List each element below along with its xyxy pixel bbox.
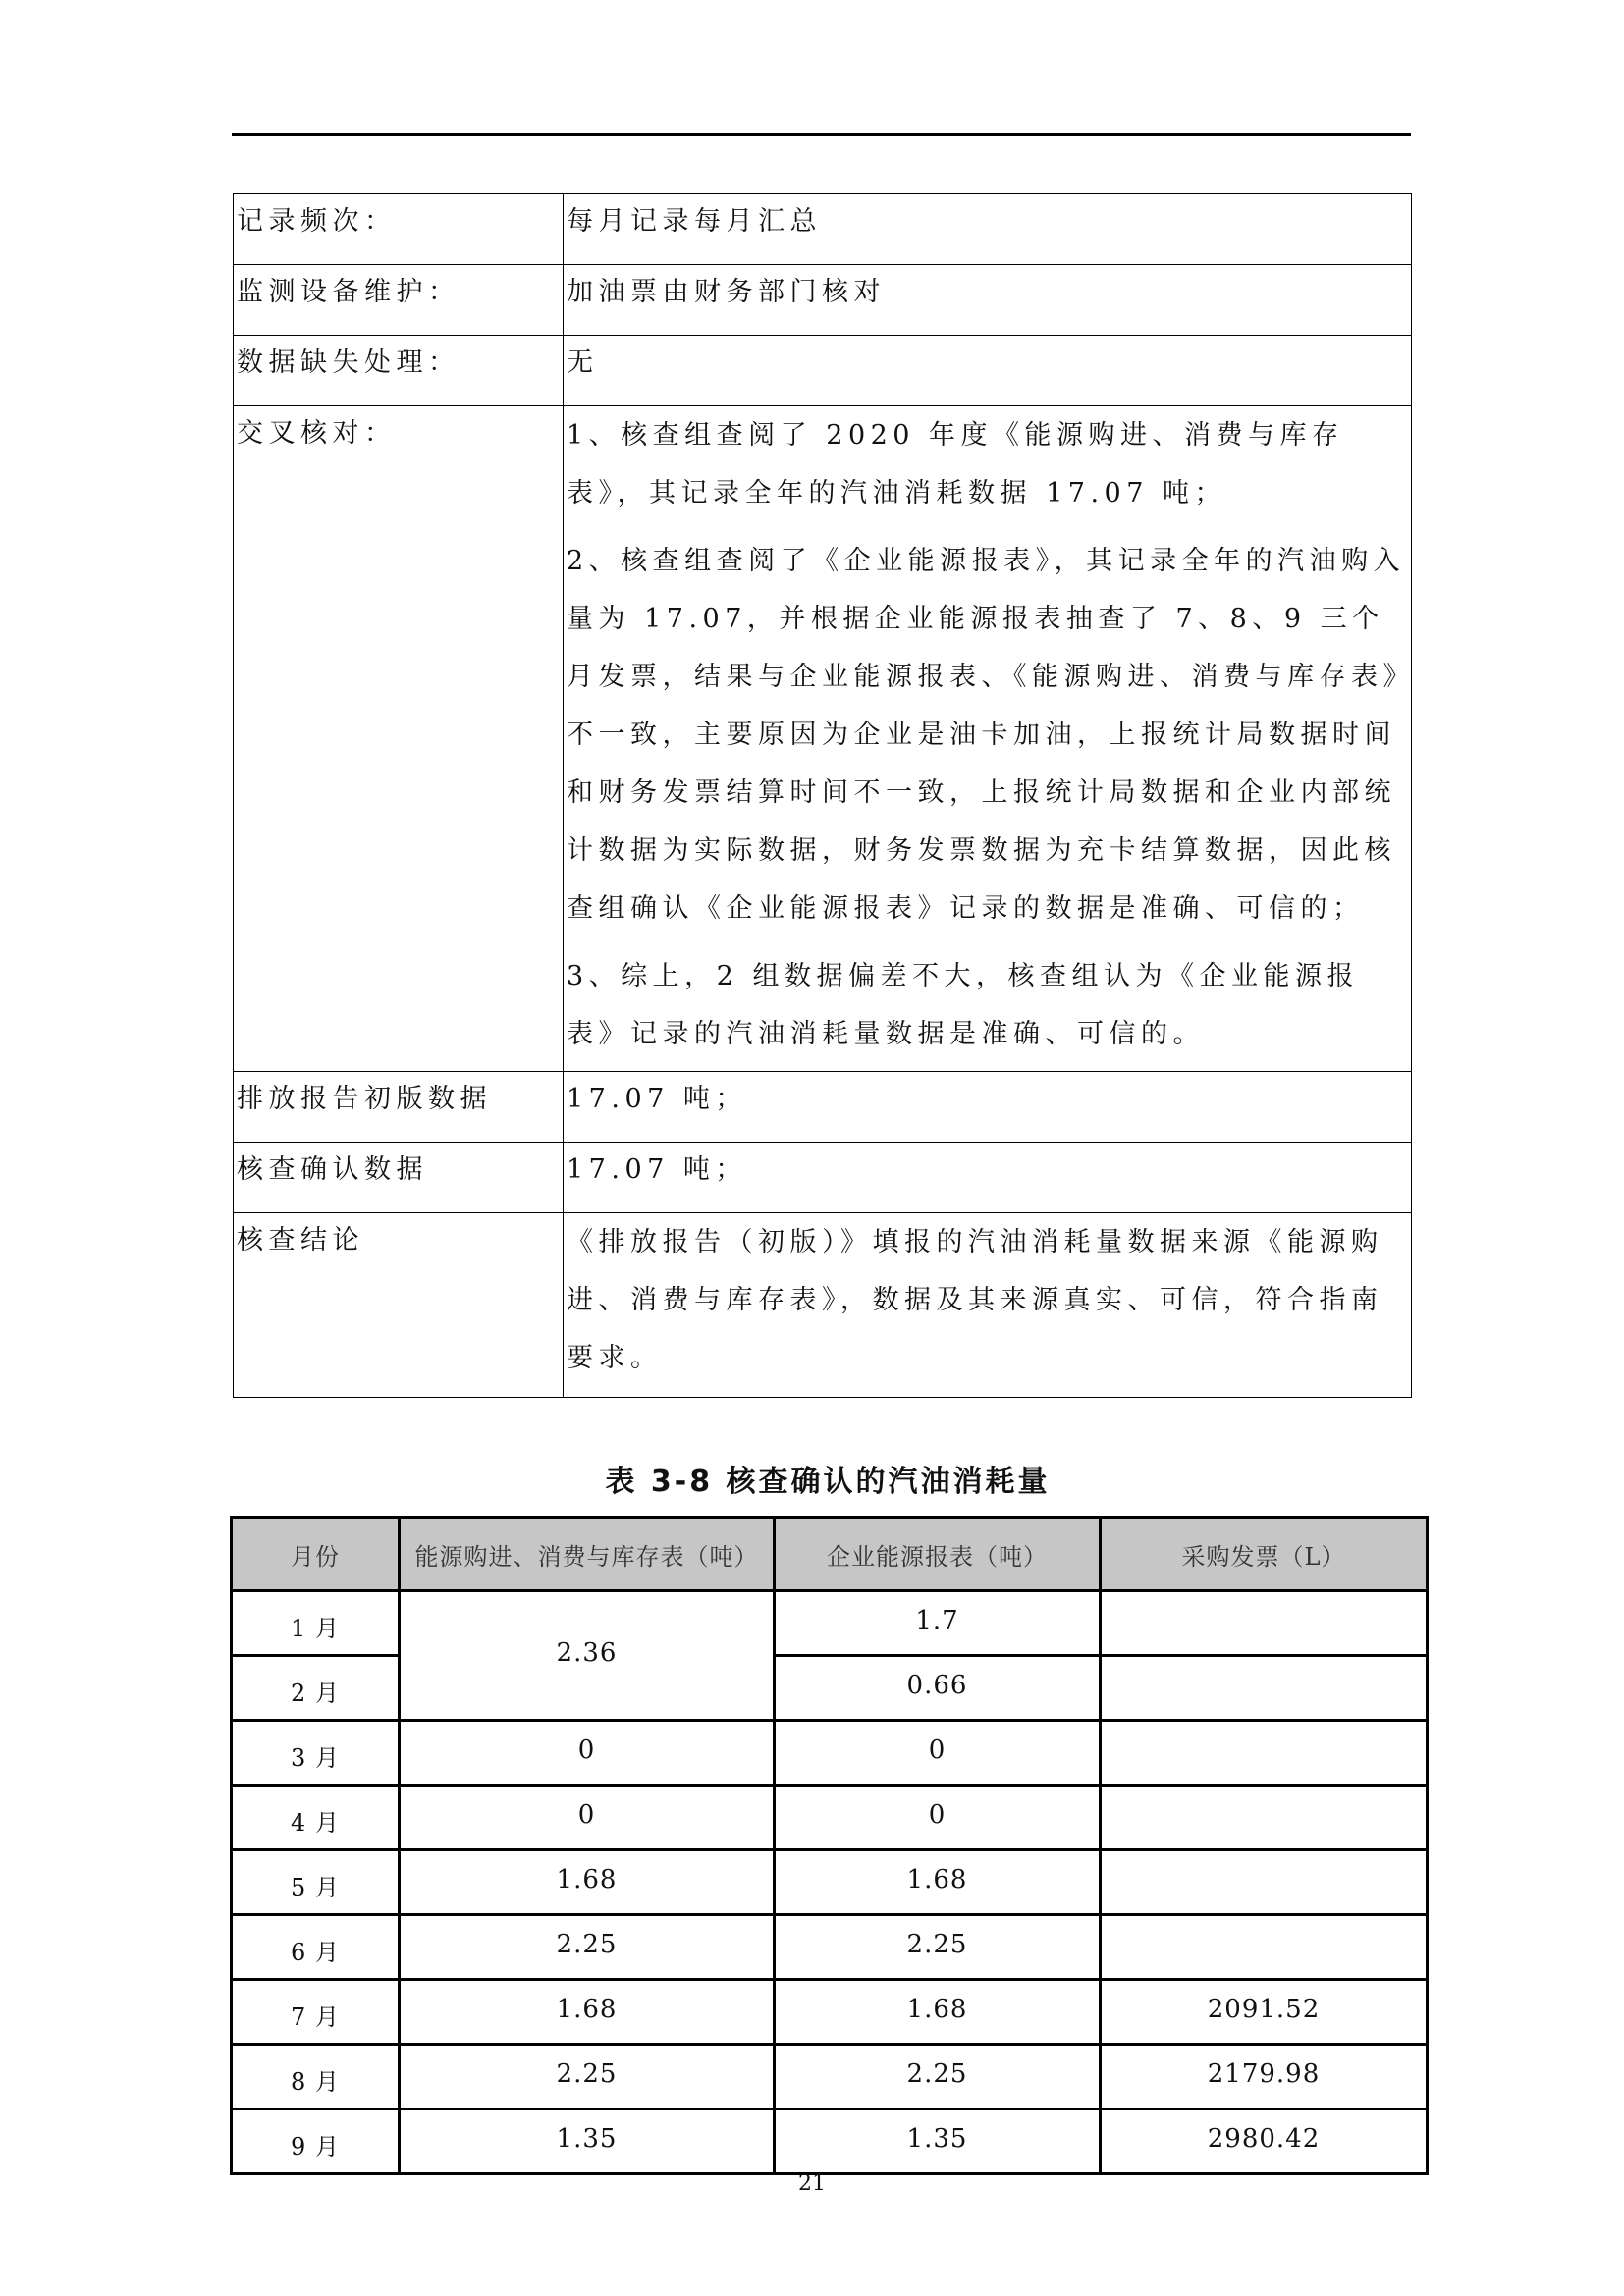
month-cell: 6 月 — [232, 1915, 400, 1980]
inventory-cell: 0 — [400, 1721, 775, 1786]
table-caption: 表 3-8 核查确认的汽油消耗量 — [230, 1457, 1426, 1500]
row-label: 核查确认数据 — [234, 1143, 564, 1213]
row-label: 核查结论 — [234, 1213, 564, 1398]
page-number: 21 — [0, 2171, 1624, 2196]
header-rule — [232, 133, 1411, 136]
inventory-cell: 1.35 — [400, 2109, 775, 2174]
energy-report-cell: 1.7 — [775, 1591, 1101, 1656]
row-value: 17.07 吨； — [564, 1072, 1412, 1143]
inventory-cell: 2.25 — [400, 2045, 775, 2109]
inventory-cell-merged: 2.36 — [400, 1591, 775, 1721]
header-invoice: 采购发票（L） — [1101, 1518, 1428, 1591]
energy-report-cell: 0.66 — [775, 1656, 1101, 1721]
energy-report-cell: 1.68 — [775, 1850, 1101, 1915]
conclusion-text: 《排放报告（初版）》填报的汽油消耗量数据来源《能源购进、消费与库存表》，数据及其… — [564, 1213, 1412, 1398]
row-value: 17.07 吨； — [564, 1143, 1412, 1213]
invoice-cell — [1101, 1591, 1428, 1656]
energy-report-cell: 2.25 — [775, 2045, 1101, 2109]
gasoline-consumption-table: 月份 能源购进、消费与库存表（吨） 企业能源报表（吨） 采购发票（L） 1 月 … — [230, 1516, 1429, 2175]
month-cell: 9 月 — [232, 2109, 400, 2174]
table-row: 记录频次： 每月记录每月汇总 — [234, 194, 1412, 265]
table-row: 数据缺失处理： 无 — [234, 336, 1412, 406]
inventory-cell: 1.68 — [400, 1980, 775, 2045]
crosscheck-paragraph-2: 2、核查组查阅了《企业能源报表》，其记录全年的汽油购入量为 17.07，并根据企… — [567, 532, 1408, 937]
table-row: 6 月 2.25 2.25 — [232, 1915, 1428, 1980]
header-row: 月份 能源购进、消费与库存表（吨） 企业能源报表（吨） 采购发票（L） — [232, 1518, 1428, 1591]
row-label: 记录频次： — [234, 194, 564, 265]
month-cell: 8 月 — [232, 2045, 400, 2109]
row-label: 交叉核对： — [234, 406, 564, 1072]
row-value: 每月记录每月汇总 — [564, 194, 1412, 265]
table-row-crosscheck: 交叉核对： 1、核查组查阅了 2020 年度《能源购进、消费与库存表》，其记录全… — [234, 406, 1412, 1072]
table-row: 1 月 2.36 1.7 — [232, 1591, 1428, 1656]
invoice-cell: 2980.42 — [1101, 2109, 1428, 2174]
month-cell: 2 月 — [232, 1656, 400, 1721]
table-row: 9 月 1.35 1.35 2980.42 — [232, 2109, 1428, 2174]
row-value: 加油票由财务部门核对 — [564, 265, 1412, 336]
energy-report-cell: 2.25 — [775, 1915, 1101, 1980]
row-label: 排放报告初版数据 — [234, 1072, 564, 1143]
table-row: 3 月 0 0 — [232, 1721, 1428, 1786]
month-cell: 3 月 — [232, 1721, 400, 1786]
verification-details-table: 记录频次： 每月记录每月汇总 监测设备维护： 加油票由财务部门核对 数据缺失处理… — [233, 193, 1412, 1398]
row-label: 监测设备维护： — [234, 265, 564, 336]
inventory-cell: 2.25 — [400, 1915, 775, 1980]
table-row: 核查确认数据 17.07 吨； — [234, 1143, 1412, 1213]
header-inventory: 能源购进、消费与库存表（吨） — [400, 1518, 775, 1591]
invoice-cell: 2179.98 — [1101, 2045, 1428, 2109]
table-row: 4 月 0 0 — [232, 1786, 1428, 1850]
invoice-cell — [1101, 1850, 1428, 1915]
crosscheck-paragraph-3: 3、综上，2 组数据偏差不大，核查组认为《企业能源报表》记录的汽油消耗量数据是准… — [567, 947, 1408, 1063]
month-cell: 1 月 — [232, 1591, 400, 1656]
crosscheck-content: 1、核查组查阅了 2020 年度《能源购进、消费与库存表》，其记录全年的汽油消耗… — [564, 406, 1412, 1072]
table-row-conclusion: 核查结论 《排放报告（初版）》填报的汽油消耗量数据来源《能源购进、消费与库存表》… — [234, 1213, 1412, 1398]
row-label: 数据缺失处理： — [234, 336, 564, 406]
energy-report-cell: 0 — [775, 1721, 1101, 1786]
invoice-cell — [1101, 1721, 1428, 1786]
energy-report-cell: 0 — [775, 1786, 1101, 1850]
table-row: 监测设备维护： 加油票由财务部门核对 — [234, 265, 1412, 336]
header-energy-report: 企业能源报表（吨） — [775, 1518, 1101, 1591]
table-row: 8 月 2.25 2.25 2179.98 — [232, 2045, 1428, 2109]
month-cell: 4 月 — [232, 1786, 400, 1850]
table-row: 排放报告初版数据 17.07 吨； — [234, 1072, 1412, 1143]
table-row: 7 月 1.68 1.68 2091.52 — [232, 1980, 1428, 2045]
invoice-cell — [1101, 1915, 1428, 1980]
inventory-cell: 0 — [400, 1786, 775, 1850]
energy-report-cell: 1.35 — [775, 2109, 1101, 2174]
table-row: 5 月 1.68 1.68 — [232, 1850, 1428, 1915]
row-value: 无 — [564, 336, 1412, 406]
header-month: 月份 — [232, 1518, 400, 1591]
invoice-cell — [1101, 1656, 1428, 1721]
inventory-cell: 1.68 — [400, 1850, 775, 1915]
crosscheck-paragraph-1: 1、核查组查阅了 2020 年度《能源购进、消费与库存表》，其记录全年的汽油消耗… — [567, 406, 1408, 522]
invoice-cell: 2091.52 — [1101, 1980, 1428, 2045]
month-cell: 7 月 — [232, 1980, 400, 2045]
energy-report-cell: 1.68 — [775, 1980, 1101, 2045]
month-cell: 5 月 — [232, 1850, 400, 1915]
invoice-cell — [1101, 1786, 1428, 1850]
